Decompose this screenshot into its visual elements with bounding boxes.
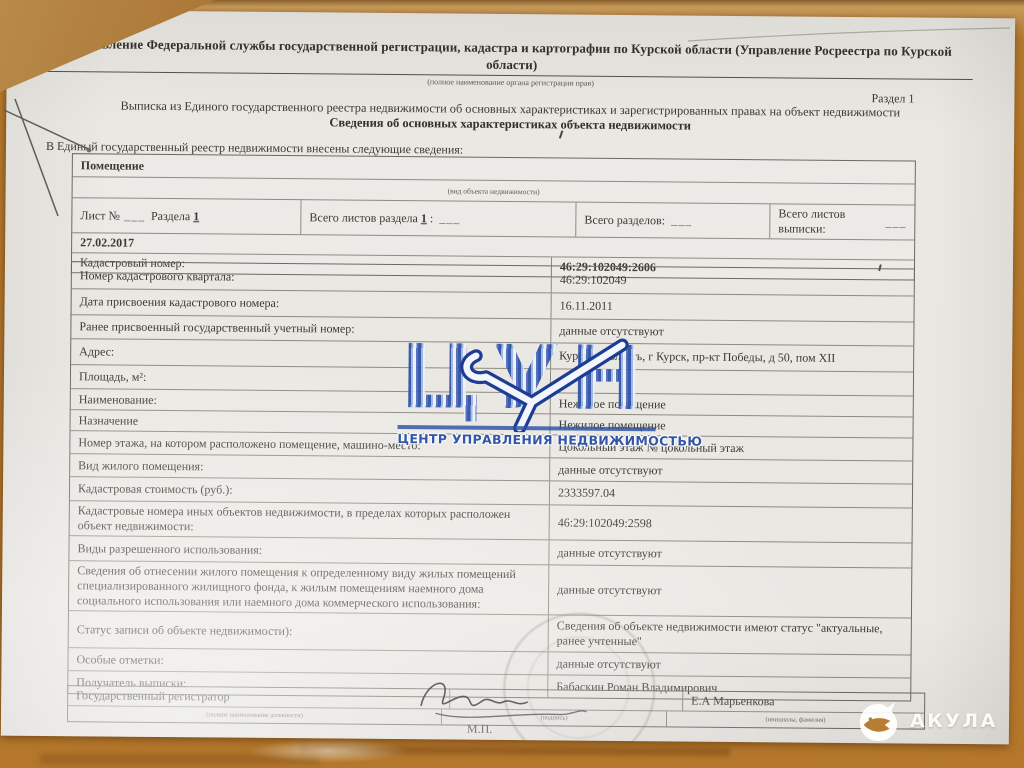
sheet-cell: Всего листов выписки:___ — [769, 204, 914, 239]
sheet-cell: Всего листов раздела 1 :___ — [300, 200, 575, 236]
registrar-title: Государственный регистратор — [68, 686, 449, 708]
shark-icon — [858, 698, 900, 744]
photo-scene: Управление Федеральной службы государств… — [0, 0, 1024, 768]
table-row: Сведения об отнесении жилого помещения к… — [69, 560, 911, 617]
registrar-title-caption: (полное наименование должности) — [68, 706, 441, 724]
table-row: Статус записи об объекте недвижимости):С… — [69, 610, 911, 654]
handwritten-signature — [406, 661, 617, 733]
desk-scuff-mark — [248, 739, 408, 763]
extract-date: 27.02.2017 — [72, 233, 142, 253]
sheet-cell: Всего разделов:___ — [575, 203, 769, 239]
table-row: Кадастровые номера иных объектов недвижи… — [70, 500, 912, 542]
details-table: Номер кадастрового квартала:46:29:102049… — [67, 261, 915, 701]
object-kind: Помещение — [73, 154, 152, 177]
org-name-caption: (полное наименование органа регистрации … — [7, 74, 1015, 92]
sheet-numbers-row: Лист №___ Раздела 1 Всего листов раздела… — [72, 197, 914, 239]
org-name-heading: Управление Федеральной службы государств… — [67, 35, 957, 77]
akula-brand-name: АКУЛА — [910, 710, 998, 732]
document-paper: Управление Федеральной службы государств… — [1, 10, 1015, 745]
desk-streak — [300, 746, 730, 756]
akula-brand-watermark: АКУЛА — [858, 698, 998, 744]
sheet-cell: Лист №___ Раздела 1 — [72, 198, 300, 234]
desk-streak — [40, 754, 320, 764]
